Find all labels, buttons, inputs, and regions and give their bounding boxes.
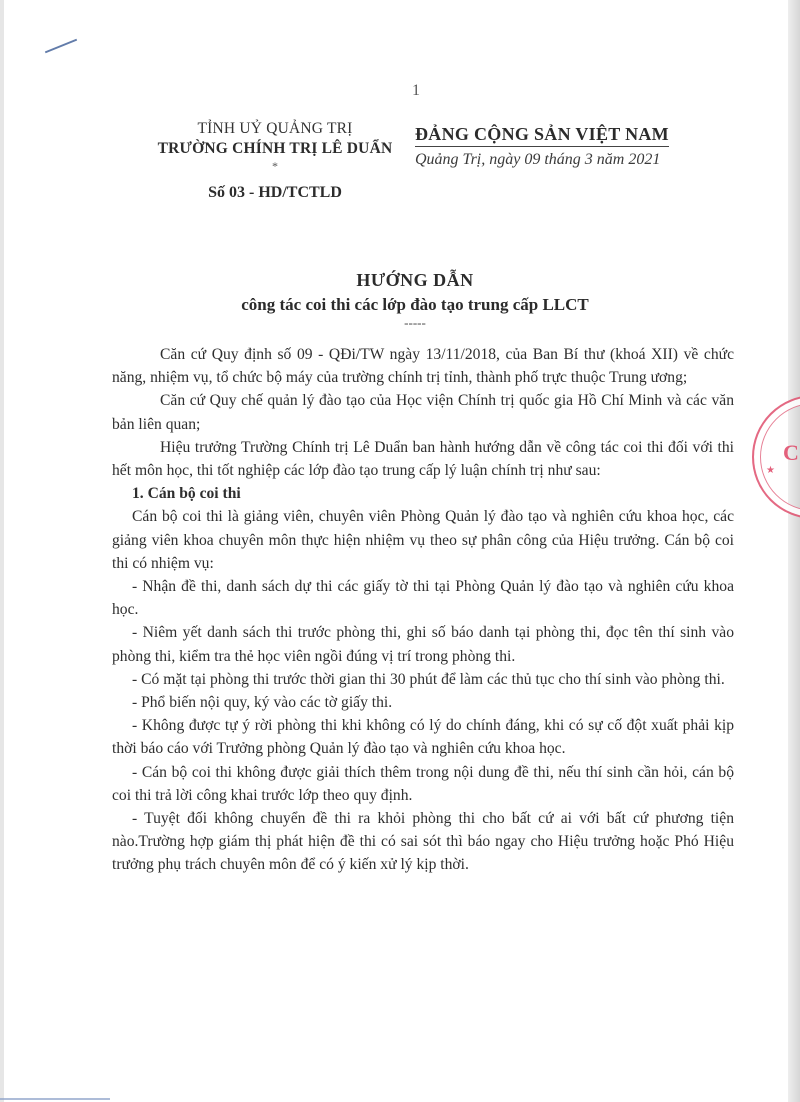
intro-paragraph: Căn cứ Quy định số 09 - QĐi/TW ngày 13/1… bbox=[112, 343, 734, 389]
national-header: ĐẢNG CỘNG SẢN VIỆT NAM Quảng Trị, ngày 0… bbox=[415, 124, 705, 169]
scan-artifact bbox=[0, 1098, 110, 1100]
place-date: Quảng Trị, ngày 09 tháng 3 năm 2021 bbox=[415, 151, 705, 169]
star-separator: * bbox=[140, 159, 410, 174]
scan-border-right bbox=[788, 0, 800, 1102]
document-title: HƯỚNG DẪN công tác coi thi các lớp đào t… bbox=[0, 270, 800, 331]
page-number: 1 bbox=[412, 82, 420, 100]
duty-item: - Nhận đề thi, danh sách dự thi các giấy… bbox=[112, 575, 734, 621]
pen-mark bbox=[45, 39, 77, 54]
duty-item: - Không được tự ý rời phòng thi khi khôn… bbox=[112, 714, 734, 760]
party-motto: ĐẢNG CỘNG SẢN VIỆT NAM bbox=[415, 124, 669, 147]
intro-paragraph: Căn cứ Quy chế quản lý đào tạo của Học v… bbox=[112, 389, 734, 435]
issuer-header: TỈNH UỶ QUẢNG TRỊ TRƯỜNG CHÍNH TRỊ LÊ DU… bbox=[140, 120, 410, 202]
document-body: Căn cứ Quy định số 09 - QĐi/TW ngày 13/1… bbox=[112, 343, 734, 877]
duty-item: - Tuyệt đối không chuyển đề thi ra khỏi … bbox=[112, 807, 734, 877]
duty-item: - Có mặt tại phòng thi trước thời gian t… bbox=[112, 668, 734, 691]
document-number: Số 03 - HD/TCTLD bbox=[140, 184, 410, 202]
intro-paragraph: Hiệu trưởng Trường Chính trị Lê Duẩn ban… bbox=[112, 436, 734, 482]
issuer-name: TRƯỜNG CHÍNH TRỊ LÊ DUẨN bbox=[140, 140, 410, 158]
duty-item: - Cán bộ coi thi không được giải thích t… bbox=[112, 761, 734, 807]
scan-border-left bbox=[0, 0, 4, 1102]
section-lead: Cán bộ coi thi là giảng viên, chuyên viê… bbox=[112, 505, 734, 575]
duty-item: - Niêm yết danh sách thi trước phòng thi… bbox=[112, 621, 734, 667]
seal-star-icon: ★ bbox=[766, 465, 775, 476]
duty-item: - Phổ biến nội quy, ký vào các tờ giấy t… bbox=[112, 691, 734, 714]
seal-letter: C bbox=[783, 440, 799, 466]
title-subtitle: công tác coi thi các lớp đào tạo trung c… bbox=[30, 295, 800, 315]
issuer-parent: TỈNH UỶ QUẢNG TRỊ bbox=[140, 120, 410, 138]
section-heading: 1. Cán bộ coi thi bbox=[112, 482, 734, 505]
title-main: HƯỚNG DẪN bbox=[30, 270, 800, 291]
title-separator: ----- bbox=[30, 315, 800, 331]
